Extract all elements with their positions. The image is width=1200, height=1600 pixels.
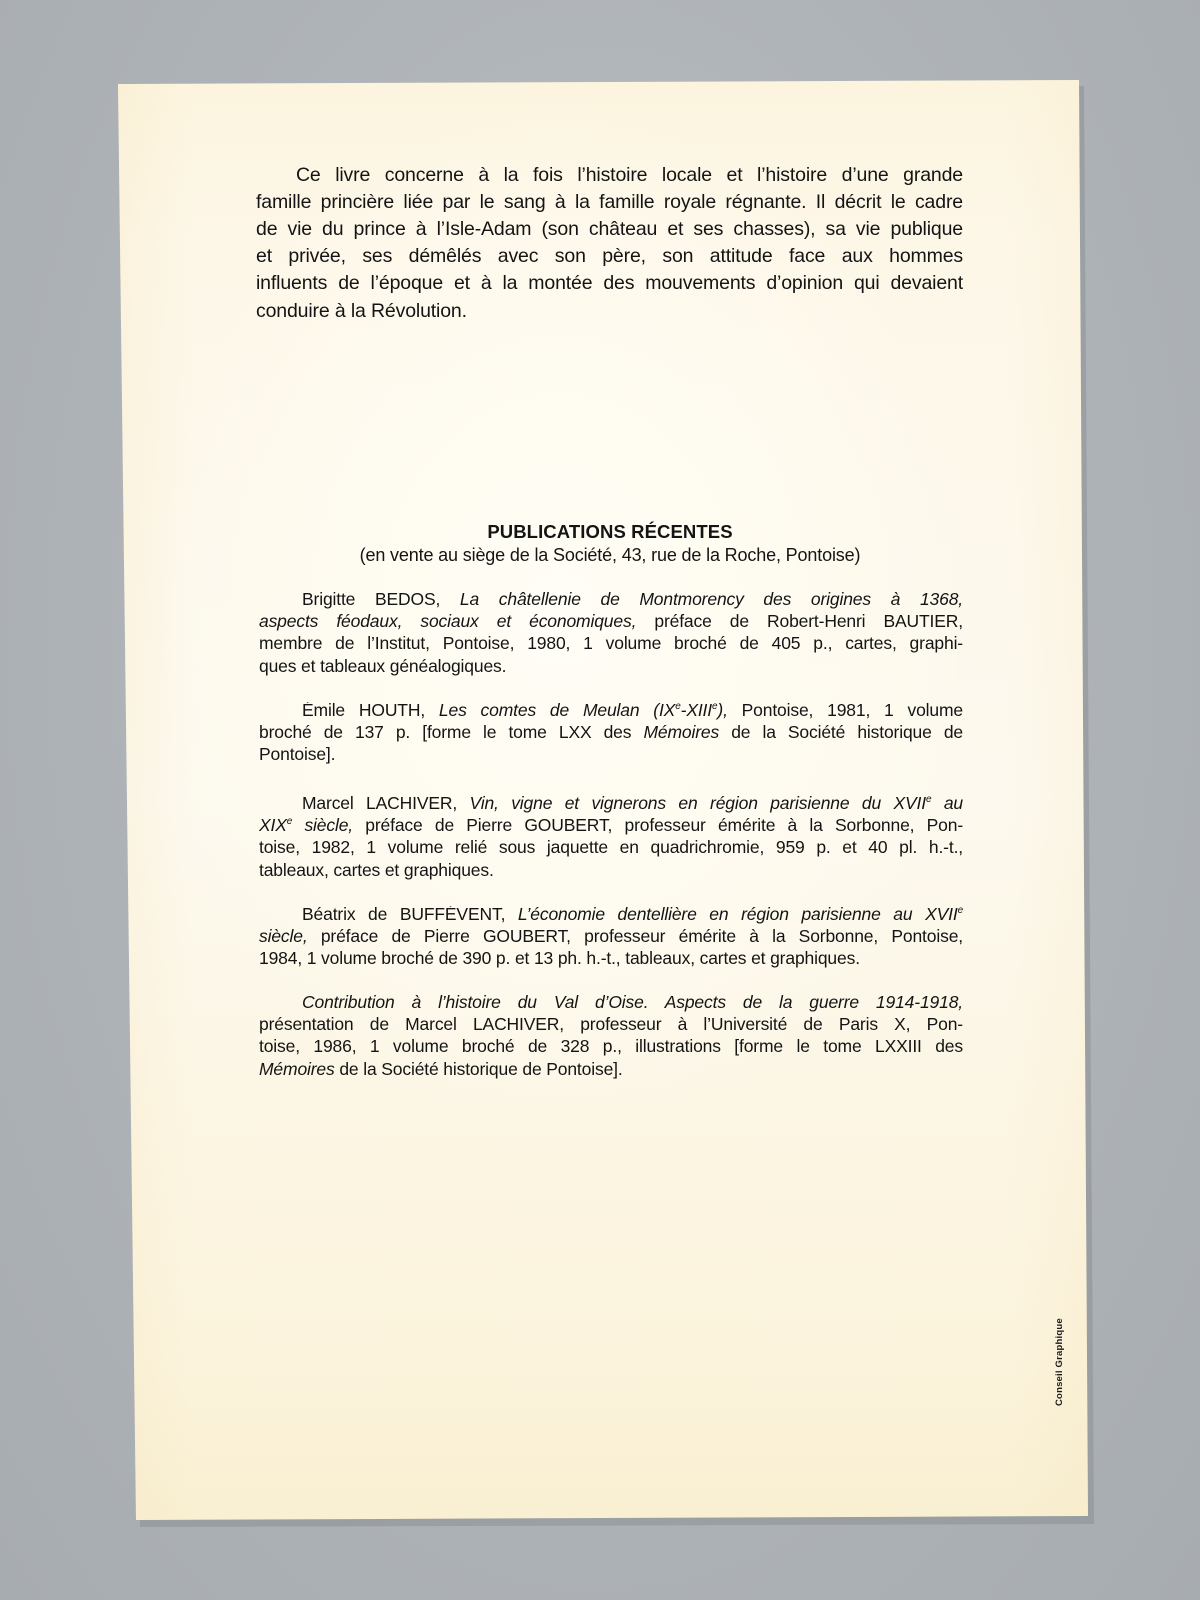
publication-line: Contribution à l’histoire du Val d’Oise.…: [302, 994, 963, 1015]
intro-line: de vie du prince à l’Isle-Adam (son chât…: [256, 220, 963, 242]
publication-line: broché de 137 p. [forme le tome LXX des …: [259, 724, 963, 745]
publication-line: XIXe siècle, préface de Pierre GOUBERT, …: [259, 817, 963, 838]
publication-line: ques et tableaux généalogiques.: [259, 658, 506, 676]
printer-credit: Conseil Graphique: [1054, 1318, 1065, 1406]
publication-line: Pontoise].: [259, 746, 335, 764]
intro-line: conduire à la Révolution.: [256, 302, 467, 322]
publications-heading: PUBLICATIONS RÉCENTES: [320, 523, 900, 542]
publication-line: présentation de Marcel LACHIVER, profess…: [259, 1016, 963, 1037]
publication-line: Marcel LACHIVER, Vin, vigne et vignerons…: [302, 795, 963, 816]
publication-line: Mémoires de la Société historique de Pon…: [259, 1061, 623, 1079]
publication-line: membre de l’Institut, Pontoise, 1980, 1 …: [259, 635, 963, 656]
publication-line: toise, 1982, 1 volume relié sous jaquett…: [259, 839, 963, 860]
intro-line: Ce livre concerne à la fois l’histoire l…: [296, 166, 963, 188]
intro-line: influents de l’époque et à la montée des…: [256, 274, 963, 296]
publication-line: siècle, préface de Pierre GOUBERT, profe…: [259, 928, 963, 949]
intro-line: famille princière liée par le sang à la …: [256, 193, 963, 215]
publication-line: 1984, 1 volume broché de 390 p. et 13 ph…: [259, 950, 860, 968]
cover-text: Ce livre concerne à la fois l’histoire l…: [0, 0, 1200, 1600]
publications-subheading: (en vente au siège de la Société, 43, ru…: [300, 546, 920, 564]
publication-line: Émile HOUTH, Les comtes de Meulan (IXe-X…: [302, 702, 963, 723]
publication-line: toise, 1986, 1 volume broché de 328 p., …: [259, 1038, 963, 1059]
publication-line: tableaux, cartes et graphiques.: [259, 862, 494, 880]
intro-line: et privée, ses démêlés avec son père, so…: [256, 247, 963, 269]
publication-line: aspects féodaux, sociaux et économiques,…: [259, 613, 963, 634]
publication-line: Béatrix de BUFFÉVENT, L’économie dentell…: [302, 906, 963, 927]
publication-line: Brigitte BEDOS, La châtellenie de Montmo…: [302, 591, 963, 612]
